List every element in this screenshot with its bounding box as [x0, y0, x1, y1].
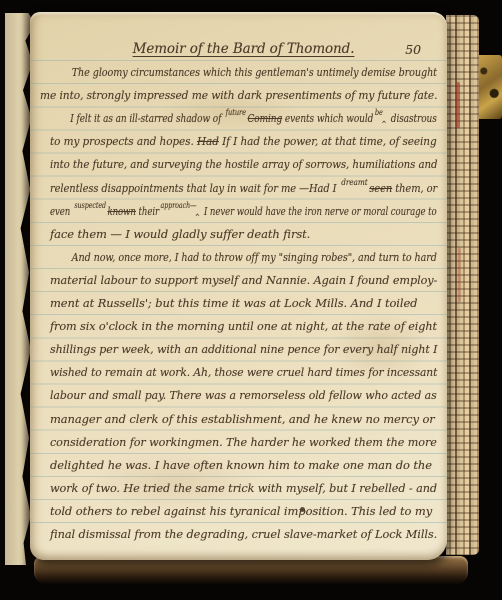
manuscript-line: told others to rebel against his tyranic… [50, 500, 437, 523]
red-edge-mark [458, 248, 461, 302]
manuscript-line: material labour to support myself and Na… [50, 269, 428, 292]
page-title: Memoir of the Bard of Thomond. [133, 41, 355, 57]
text-segment: And now, once more, I had to throw off m… [72, 250, 437, 264]
text-segment: their [136, 204, 159, 218]
manuscript-line: consideration for workingmen. The harder… [50, 431, 427, 454]
manuscript-text: Memoir of the Bard of Thomond. 50 The gl… [50, 38, 437, 554]
manuscript-line: delighted he was. I have often known him… [50, 454, 437, 477]
bottom-book-edge [34, 556, 468, 584]
text-segment: told others to rebel against his tyranic… [50, 504, 432, 518]
manuscript-line: work of two. He tried the same trick wit… [50, 477, 429, 500]
text-segment: If I had the power, at that time, of see… [219, 134, 437, 148]
text-segment: known [107, 204, 135, 218]
manuscript-line: shillings per week, with an additional n… [50, 338, 422, 361]
text-segment: seen [369, 181, 392, 195]
text-segment: me into, strongly impressed me with dark… [40, 88, 437, 102]
manuscript-line: to my prospects and hopes. Had If I had … [50, 130, 403, 153]
manuscript-line: final dismissal from the degrading, crue… [50, 523, 432, 546]
manuscript-line: The gloomy circumstances which this gent… [50, 61, 373, 84]
text-segment: Had [197, 134, 219, 148]
text-segment: delighted he was. I have often known him… [50, 458, 432, 472]
text-segment: final dismissal from the degrading, crue… [50, 527, 437, 541]
text-segment: disastrous [388, 111, 437, 125]
text-segment: work of two. He tried the same trick wit… [50, 481, 437, 495]
text-segment: future [226, 102, 246, 125]
text-segment: ^ [195, 206, 200, 229]
manuscript-photo: Memoir of the Bard of Thomond. 50 The gl… [0, 0, 502, 600]
gilt-cover-corner [476, 55, 502, 119]
text-segment: face them — I would gladly suffer death … [50, 227, 310, 241]
red-edge-mark [456, 82, 460, 128]
text-segment: I felt it as an ill-starred shadow of [70, 111, 224, 125]
manuscript-line: even suspectedknown theirapproach—^ I ne… [50, 200, 339, 223]
text-segment: shillings per week, with an additional n… [50, 342, 437, 356]
text-segment: I never would have the iron nerve or mor… [201, 204, 436, 218]
text-segment: relentless disappointments that lay in w… [50, 181, 340, 195]
text-segment: labour and small pay. There was a remors… [50, 388, 437, 402]
text-segment: events which would [282, 111, 373, 125]
text-segment: even [50, 204, 73, 218]
title-row: Memoir of the Bard of Thomond. 50 [50, 38, 437, 61]
manuscript-line: ment at Russells'; but this time it was … [50, 292, 437, 315]
text-segment: material labour to support myself and Na… [50, 273, 437, 287]
manuscript-line: wished to remain at work. Ah, those were… [50, 361, 411, 384]
text-segment: approach— [161, 195, 197, 218]
manuscript-line: And now, once more, I had to throw off m… [50, 246, 373, 269]
text-segment: them, or [392, 181, 437, 195]
manuscript-line: me into, strongly impressed me with dark… [40, 84, 407, 107]
text-segment: to my prospects and hopes. [50, 134, 197, 148]
text-segment: from six o'clock in the morning until on… [50, 319, 437, 333]
text-segment: ment at Russells'; but this time it was … [50, 296, 417, 310]
text-segment: into the future, and surveying the hosti… [50, 157, 437, 171]
manuscript-line: labour and small pay. There was a remors… [50, 384, 418, 407]
text-segment: suspected [74, 195, 106, 218]
manuscript-line: manager and clerk of this establishment,… [50, 408, 437, 431]
text-segment: The gloomy circumstances which this gent… [72, 65, 437, 79]
manuscript-line: face them — I would gladly suffer death … [50, 223, 437, 246]
text-segment: dreamt [341, 172, 367, 195]
manuscript-line: I felt it as an ill-starred shadow of fu… [50, 107, 351, 130]
manuscript-line: from six o'clock in the morning until on… [50, 315, 428, 338]
manuscript-page: Memoir of the Bard of Thomond. 50 The gl… [30, 12, 447, 560]
text-segment: consideration for workingmen. The harder… [50, 435, 437, 449]
page-number: 50 [405, 38, 421, 61]
fore-edge-page-stack [446, 15, 479, 555]
text-segment: Coming [247, 111, 282, 125]
text-segment: wished to remain at work. Ah, those were… [50, 365, 437, 379]
text-segment: manager and clerk of this establishment,… [50, 412, 435, 426]
